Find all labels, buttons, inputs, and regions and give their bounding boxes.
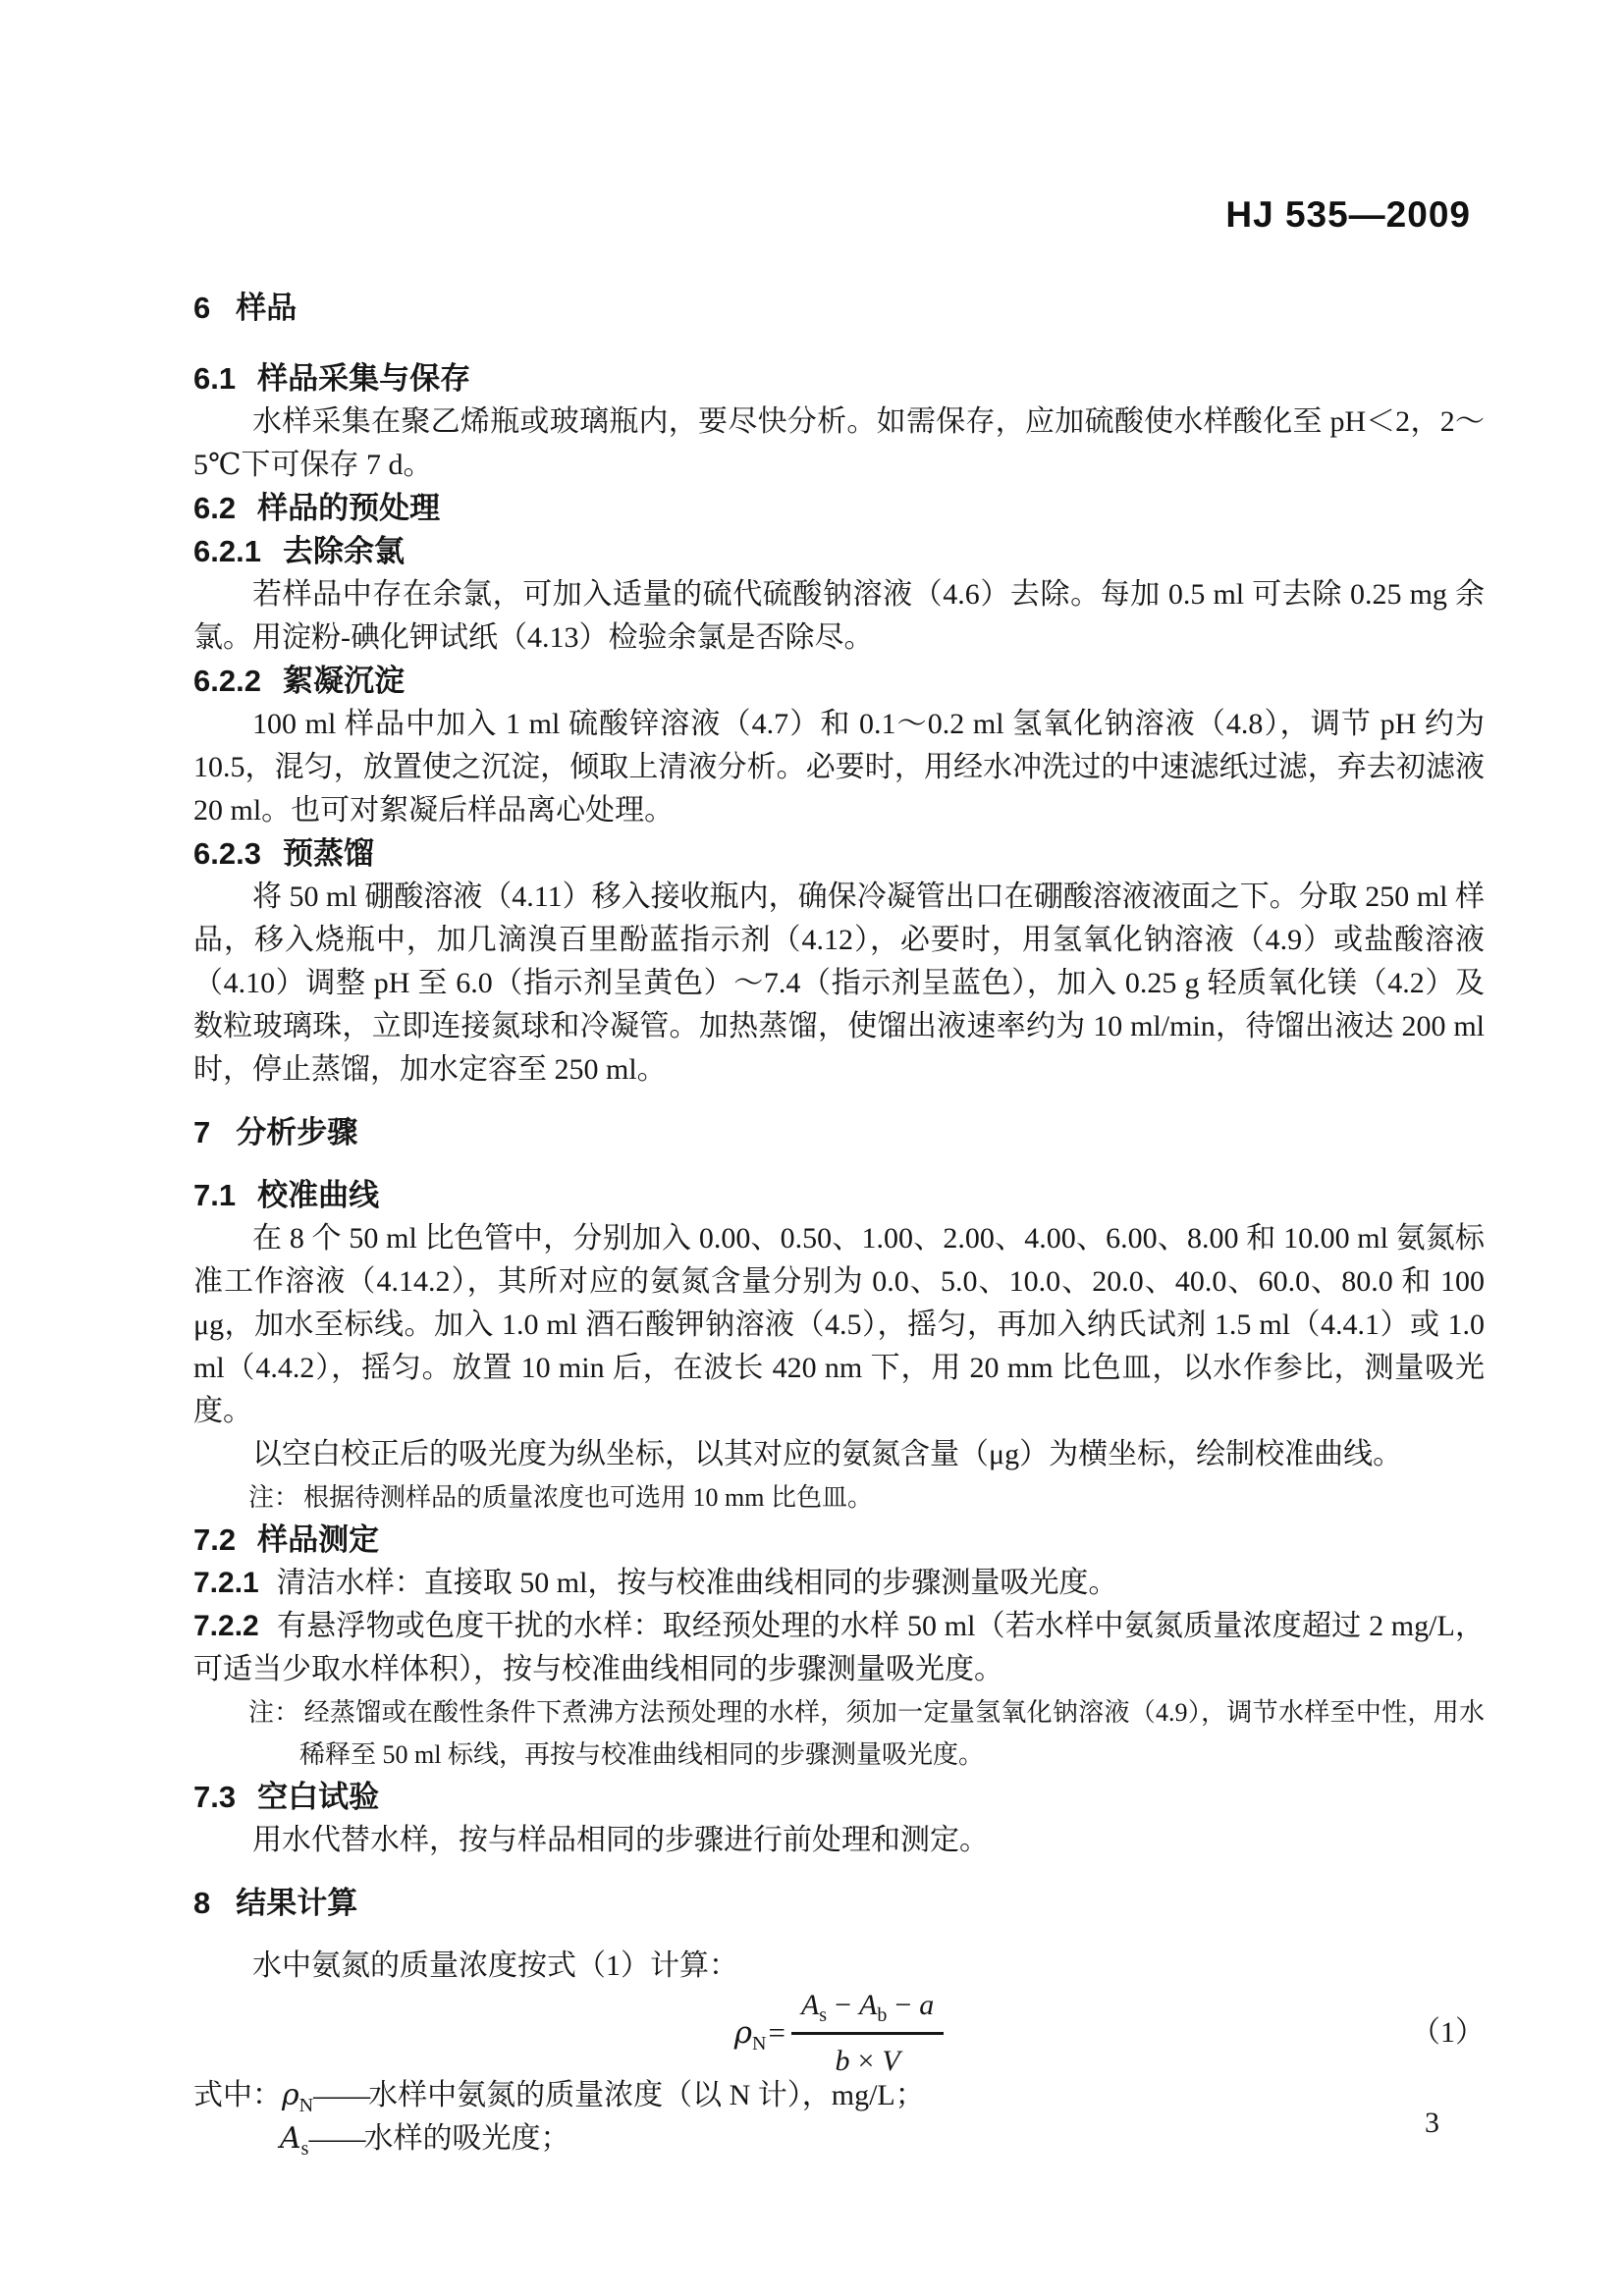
document-page: HJ 535—2009 6样品 6.1样品采集与保存 水样采集在聚乙烯瓶或玻璃瓶… [0, 0, 1624, 2296]
fraction: As−Ab−a b×V [791, 1984, 944, 2083]
section-title: 结果计算 [236, 1886, 357, 1920]
clause-number: 7.2.2 [193, 1610, 259, 1642]
clause-number: 7.2.1 [193, 1567, 259, 1599]
section-number: 6.2.3 [193, 832, 261, 876]
section-title: 分析步骤 [236, 1115, 357, 1149]
section-title: 样品的预处理 [257, 491, 440, 525]
section-6-2-1-heading: 6.2.1去除余氯 [193, 530, 1485, 573]
doc-code-header: HJ 535—2009 [1225, 194, 1471, 236]
section-number: 6.2.1 [193, 530, 261, 573]
section-number: 8 [193, 1882, 210, 1925]
section-title: 校准曲线 [257, 1178, 379, 1212]
fraction-denominator: b×V [835, 2035, 899, 2083]
section-number: 6.1 [193, 357, 236, 400]
section-title: 去除余氯 [283, 534, 405, 568]
note-text: 经蒸馏或在酸性条件下煮沸方法预处理的水样，须加一定量氢氧化钠溶液（4.9），调节… [299, 1698, 1485, 1769]
clause-7-2-1: 7.2.1清洁水样：直接取 50 ml，按与校准曲线相同的步骤测量吸光度。 [193, 1562, 1485, 1605]
rho-symbol: ρ [282, 2078, 299, 2112]
paragraph-7-1-a: 在 8 个 50 ml 比色管中，分别加入 0.00、0.50、1.00、2.0… [193, 1217, 1485, 1433]
note-label: 注： [248, 1698, 300, 1727]
minus-sign: − [894, 1989, 911, 2021]
paragraph-7-3: 用水代替水样，按与样品相同的步骤进行前处理和测定。 [193, 1819, 1485, 1862]
section-number: 6 [193, 287, 210, 330]
formula-1: ρN= As−Ab−a b×V （1） [193, 1992, 1485, 2074]
symbol-Ab: A [859, 1989, 877, 2021]
section-7-3-heading: 7.3空白试验 [193, 1776, 1485, 1819]
equation-number: （1） [1411, 2011, 1485, 2055]
formula-lhs: ρN= [734, 2011, 791, 2055]
section-title: 样品 [236, 291, 297, 325]
subscript-b: b [877, 2004, 887, 2026]
symbol-As: A [801, 1989, 819, 2021]
note-7-1: 注：根据待测样品的质量浓度也可选用 10 mm 比色皿。 [299, 1476, 1485, 1519]
definition-text: 水样的吸光度； [363, 2122, 569, 2155]
section-7-2-heading: 7.2样品测定 [193, 1519, 1485, 1562]
A-symbol: A [280, 2121, 301, 2156]
section-6-2-heading: 6.2样品的预处理 [193, 487, 1485, 530]
section-number: 7.1 [193, 1174, 236, 1217]
section-number: 6.2.2 [193, 660, 261, 703]
fraction-numerator: As−Ab−a [791, 1984, 944, 2035]
section-title: 空白试验 [257, 1780, 379, 1814]
section-title: 预蒸馏 [283, 836, 374, 871]
symbol-b: b [835, 2045, 849, 2077]
section-number: 7 [193, 1111, 210, 1154]
clause-text: 清洁水样：直接取 50 ml，按与校准曲线相同的步骤测量吸光度。 [277, 1567, 1118, 1599]
equals-sign: = [768, 2015, 785, 2050]
page-content: 6样品 6.1样品采集与保存 水样采集在聚乙烯瓶或玻璃瓶内，要尽快分析。如需保存… [193, 287, 1485, 2161]
note-7-2: 注：经蒸馏或在酸性条件下煮沸方法预处理的水样，须加一定量氢氧化钠溶液（4.9），… [299, 1691, 1485, 1776]
section-number: 6.2 [193, 487, 236, 530]
paragraph-7-1-b: 以空白校正后的吸光度为纵坐标，以其对应的氨氮含量（μg）为横坐标，绘制校准曲线。 [193, 1433, 1485, 1476]
clause-7-2-2: 7.2.2有悬浮物或色度干扰的水样：取经预处理的水样 50 ml（若水样中氨氮质… [193, 1605, 1485, 1691]
section-title: 样品采集与保存 [257, 361, 470, 396]
where-symbol-rho: ρN [282, 2079, 313, 2111]
definition-text: 水样中氨氮的质量浓度（以 N 计），mg/L； [368, 2079, 925, 2111]
paragraph-6-2-3: 将 50 ml 硼酸溶液（4.11）移入接收瓶内，确保冷凝管出口在硼酸溶液液面之… [193, 876, 1485, 1092]
page-number: 3 [1425, 2107, 1439, 2140]
section-8-heading: 8结果计算 [193, 1882, 1485, 1925]
section-6-1-heading: 6.1样品采集与保存 [193, 357, 1485, 400]
paragraph-8: 水中氨氮的质量浓度按式（1）计算： [193, 1945, 1485, 1988]
section-6-2-2-heading: 6.2.2絮凝沉淀 [193, 660, 1485, 703]
section-6-heading: 6样品 [193, 287, 1485, 330]
note-label: 注： [248, 1483, 299, 1512]
clause-text: 有悬浮物或色度干扰的水样：取经预处理的水样 50 ml（若水样中氨氮质量浓度超过… [193, 1610, 1485, 1685]
paragraph-6-2-2: 100 ml 样品中加入 1 ml 硫酸锌溶液（4.7）和 0.1～0.2 ml… [193, 703, 1485, 832]
where-symbol-As: As [280, 2122, 308, 2155]
symbol-V: V [882, 2045, 899, 2077]
section-number: 7.3 [193, 1776, 236, 1819]
subscript-s: s [819, 2004, 827, 2026]
section-title: 絮凝沉淀 [283, 664, 405, 698]
section-6-2-3-heading: 6.2.3预蒸馏 [193, 832, 1485, 876]
section-number: 7.2 [193, 1519, 236, 1562]
definition-dash: —— [308, 2122, 363, 2155]
section-title: 样品测定 [257, 1522, 379, 1557]
minus-sign: − [835, 1989, 851, 2021]
times-sign: × [857, 2045, 874, 2077]
rho-subscript: N [752, 2033, 766, 2055]
section-7-heading: 7分析步骤 [193, 1111, 1485, 1154]
section-7-1-heading: 7.1校准曲线 [193, 1174, 1485, 1217]
where-definition-2: As——水样的吸光度； [280, 2117, 1485, 2161]
paragraph-6-2-1: 若样品中存在余氯，可加入适量的硫代硫酸钠溶液（4.6）去除。每加 0.5 ml … [193, 573, 1485, 660]
rho-subscript: N [299, 2095, 313, 2116]
symbol-a: a [919, 1989, 934, 2021]
rho-symbol: ρ [734, 2015, 752, 2051]
note-text: 根据待测样品的质量浓度也可选用 10 mm 比色皿。 [303, 1483, 873, 1512]
paragraph-6-1: 水样采集在聚乙烯瓶或玻璃瓶内，要尽快分析。如需保存，应加硫酸使水样酸化至 pH＜… [193, 400, 1485, 487]
definition-dash: —— [313, 2079, 368, 2111]
where-label: 式中： [193, 2079, 282, 2111]
